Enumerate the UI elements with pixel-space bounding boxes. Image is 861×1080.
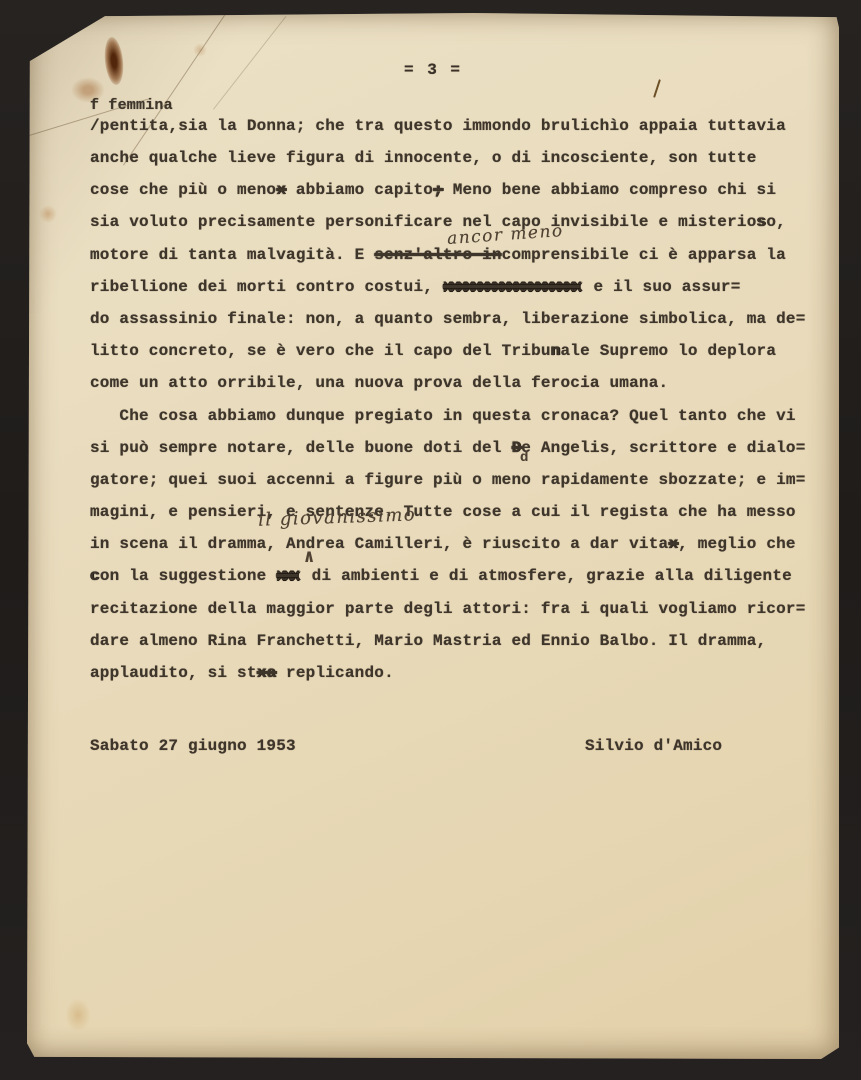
typed-line: litto concreto, se è vero che il capo de… (90, 342, 776, 360)
typed-text: anche qualche lieve figura di innocente,… (90, 149, 757, 167)
typed-line: cose che più o menox abbiamo capito; Men… (90, 181, 776, 199)
typed-text: , meglio che (678, 535, 796, 553)
overtyped-text: x (668, 535, 678, 553)
typed-line: magini, e pensieri, e sentenze. Tutte co… (90, 503, 796, 521)
overtyped-text: xa (257, 664, 277, 682)
typed-line: si può sempre notare, delle buone doti d… (90, 439, 806, 457)
margin-insert-text: f femmina (90, 97, 173, 114)
typed-line: do assassinio finale: non, a quanto semb… (90, 310, 806, 328)
struck-out-blob: xxxxxxxxxxxxxxxxxxx (443, 278, 584, 296)
scan-background: = 3 = f femmina /pentita,sia la Donna; c… (0, 0, 861, 1080)
typed-text: si può sempre notare, delle buone doti d… (90, 439, 511, 457)
author-signature: Silvio d'Amico (585, 737, 722, 755)
typed-line: applaudito, si stxa replicando. (90, 664, 394, 682)
stray-pen-mark (653, 79, 661, 98)
typed-line: dare almeno Rina Franchetti, Mario Mastr… (90, 632, 766, 650)
document-date: Sabato 27 giugno 1953 (90, 737, 296, 755)
typed-text: e il suo assur= (584, 278, 741, 296)
typed-line: Che cosa abbiamo dunque pregiato in ques… (90, 407, 796, 425)
typed-text: motore di tanta malvagità. E (90, 246, 374, 264)
overtyped-text: c (90, 567, 100, 585)
typed-text: comprensibile ci è apparsa la (502, 246, 786, 264)
rust-stain (65, 998, 91, 1032)
document-page: = 3 = f femmina /pentita,sia la Donna; c… (27, 13, 839, 1059)
date-text: Sabato 27 giugno 1953 (90, 737, 296, 755)
typed-text: ribellione dei morti contro costui, (90, 278, 443, 296)
typed-text: gatore; quei suoi accenni a figure più o… (90, 471, 806, 489)
typed-text: come un atto orribile, una nuova prova d… (90, 374, 668, 392)
typed-line: motore di tanta malvagità. E senz'altro … (90, 246, 786, 264)
typed-line: anche qualche lieve figura di innocente,… (90, 149, 757, 167)
typed-text: /pentita,sia la Donna; che tra questo im… (90, 117, 786, 135)
typed-text: cose che più o meno (90, 181, 276, 199)
typed-text: recitazione della maggior parte degli at… (90, 600, 806, 618)
typed-line: in scena il dramma, Andrea Camilleri, è … (90, 535, 796, 553)
overtyped-text: s (757, 213, 767, 231)
overtyped-text: ; (433, 181, 443, 199)
typed-line: ribellione dei morti contro costui, xxxx… (90, 278, 741, 296)
typed-text: on la suggestione (100, 567, 276, 585)
margin-insert-line: f femmina (90, 97, 173, 114)
typed-text: di ambienti e di atmosfere, grazie alla … (302, 567, 792, 585)
page-number: = 3 = (27, 61, 839, 79)
typed-line: recitazione della maggior parte degli at… (90, 600, 806, 618)
typed-line: sia voluto precisamente personificare ne… (90, 213, 786, 231)
typed-text: do assassinio finale: non, a quanto semb… (90, 310, 806, 328)
typed-line: /pentita,sia la Donna; che tra questo im… (90, 117, 786, 135)
typed-text: Che cosa abbiamo dunque pregiato in ques… (90, 407, 796, 425)
typed-text: e Angelis, scrittore e dialo= (521, 439, 805, 457)
struck-text: senz'altro in (374, 246, 501, 264)
typed-text: magini, e pensieri, e sentenze. Tutte co… (90, 503, 796, 521)
typed-text: sia voluto precisamente personificare ne… (90, 213, 757, 231)
typed-text: in scena il dramma, Andrea Camilleri, è … (90, 535, 668, 553)
overtyped-text: n (551, 342, 561, 360)
rust-stain (39, 205, 57, 223)
signature-text: Silvio d'Amico (585, 737, 722, 755)
typed-line: come un atto orribile, una nuova prova d… (90, 374, 668, 392)
typed-line: gatore; quei suoi accenni a figure più o… (90, 471, 806, 489)
typed-text: o, (766, 213, 786, 231)
struck-out-blob: xxx (276, 567, 302, 585)
insertion-caret: ∧ (303, 545, 317, 567)
typed-text: abbiamo capito (286, 181, 433, 199)
typed-text: applaudito, si st (90, 664, 257, 682)
typed-line: con la suggestione xxx di ambienti e di … (90, 567, 792, 585)
handwritten-insert-il-giovanissimo: il giovanissimo (258, 504, 417, 531)
typed-text: ale Supremo lo deplora (561, 342, 777, 360)
typed-text: litto concreto, se è vero che il capo de… (90, 342, 551, 360)
typed-text: replicando. (276, 664, 394, 682)
handwritten-lowercase-d: d (520, 450, 530, 466)
overtyped-text: x (276, 181, 286, 199)
typed-text: dare almeno Rina Franchetti, Mario Mastr… (90, 632, 766, 650)
typed-text: Meno bene abbiamo compreso chi si (443, 181, 776, 199)
